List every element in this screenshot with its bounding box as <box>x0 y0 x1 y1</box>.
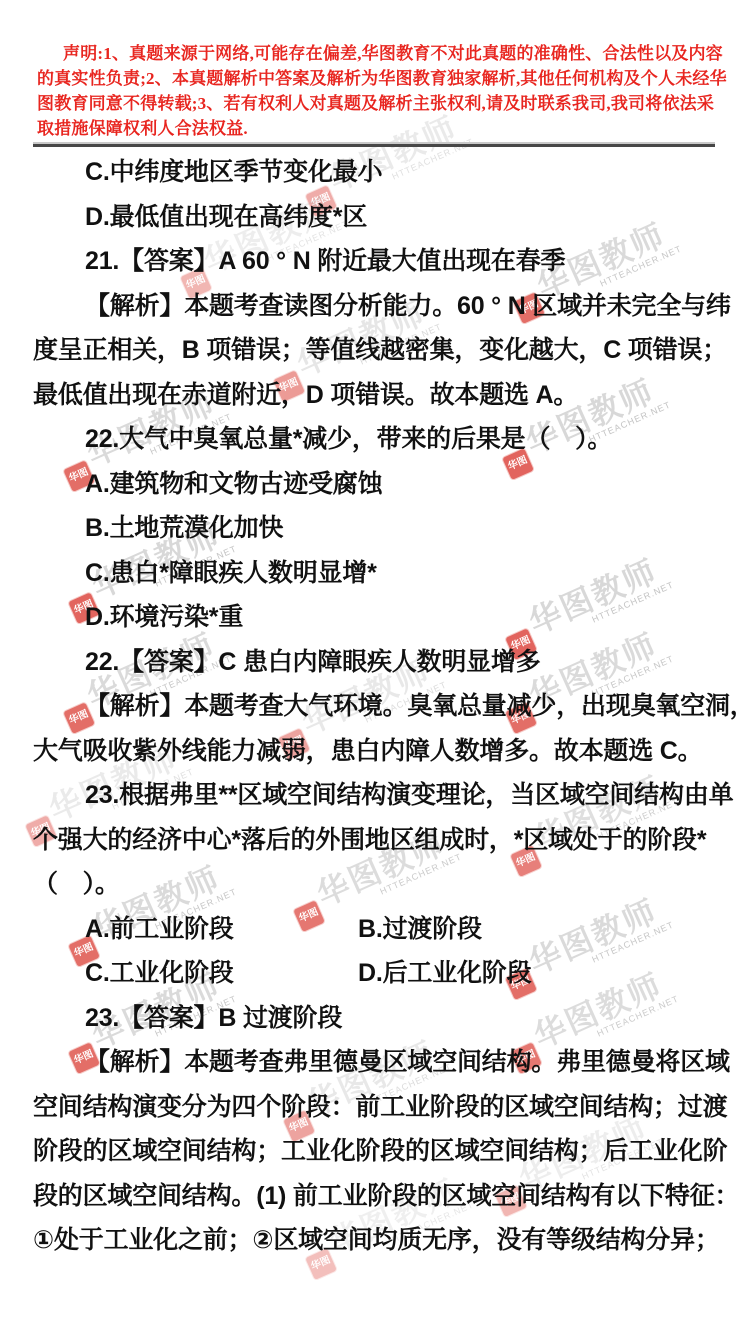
text-line: A.建筑物和文物古迹受腐蚀 <box>33 462 723 507</box>
option-b: B.过渡阶段 <box>358 907 482 952</box>
text-line: 21.【答案】A 60 ° N 附近最大值出现在春季 <box>33 239 723 284</box>
text-line: ①处于工业化之前；②区域空间均质无序，没有等级结构分异； <box>33 1218 723 1263</box>
text-line: 23.【答案】B 过渡阶段 <box>33 996 723 1041</box>
text-line: 大气吸收紫外线能力减弱，患白内障人数增多。故本题选 C。 <box>33 729 723 774</box>
disclaimer-line: 的真实性负责;2、本真题解析中答案及解析为华图教育独家解析,其他任何机构及个人未… <box>37 66 717 91</box>
option-row: C.工业化阶段D.后工业化阶段 <box>33 951 723 996</box>
disclaimer-line: 声明:1、真题来源于网络,可能存在偏差,华图教育不对此真题的准确性、合法性以及内… <box>37 41 717 66</box>
text-line: 阶段的区域空间结构；工业化阶段的区域空间结构；后工业化阶 <box>33 1129 723 1174</box>
option-d: D.后工业化阶段 <box>358 951 531 996</box>
disclaimer: 声明:1、真题来源于网络,可能存在偏差,华图教育不对此真题的准确性、合法性以及内… <box>37 41 717 141</box>
text-line: D.最低值出现在高纬度*区 <box>33 195 723 240</box>
section-divider <box>33 142 715 147</box>
disclaimer-line: 图教育同意不得转载;3、若有权利人对真题及解析主张权利,请及时联系我司,我司将依… <box>37 91 717 116</box>
option-c: C.工业化阶段 <box>85 951 358 996</box>
text-line: （ ）。 <box>33 862 723 907</box>
document-page: 华图华图教师HTTEACHER.NET华图华图教师HTTEACHER.NET华图… <box>0 0 748 1335</box>
text-line: 22.【答案】C 患白内障眼疾人数明显增多 <box>33 640 723 685</box>
text-line: C.患白*障眼疾人数明显增* <box>33 551 723 596</box>
text-line: 段的区域空间结构。(1) 前工业阶段的区域空间结构有以下特征： <box>33 1174 723 1219</box>
text-line: 空间结构演变分为四个阶段：前工业阶段的区域空间结构；过渡 <box>33 1085 723 1130</box>
text-line: C.中纬度地区季节变化最小 <box>33 150 723 195</box>
disclaimer-label: 声明: <box>63 44 103 63</box>
text-line: 【解析】本题考查大气环境。臭氧总量减少，出现臭氧空洞， <box>33 684 723 729</box>
text-line: 22.大气中臭氧总量*减少，带来的后果是（ ）。 <box>33 417 723 462</box>
text-line: 23.根据弗里**区域空间结构演变理论，当区域空间结构由单 <box>33 773 723 818</box>
text-line: 度呈正相关，B 项错误；等值线越密集，变化越大，C 项错误； <box>33 328 723 373</box>
text-line: 最低值出现在赤道附近，D 项错误。故本题选 A。 <box>33 373 723 418</box>
exam-content: C.中纬度地区季节变化最小 D.最低值出现在高纬度*区 21.【答案】A 60 … <box>33 150 723 1263</box>
disclaimer-text: 1、真题来源于网络,可能存在偏差,华图教育不对此真题的准确性、合法性以及内容 <box>103 44 723 63</box>
text-line: 【解析】本题考查读图分析能力。60 ° N 区域并未完全与纬 <box>33 284 723 329</box>
text-line: D.环境污染*重 <box>33 595 723 640</box>
text-line: B.土地荒漠化加快 <box>33 506 723 551</box>
text-line: 个强大的经济中心*落后的外围地区组成时，*区域处于的阶段* <box>33 818 723 863</box>
text-line: 【解析】本题考查弗里德曼区域空间结构。弗里德曼将区域 <box>33 1040 723 1085</box>
option-a: A.前工业阶段 <box>85 907 358 952</box>
option-row: A.前工业阶段B.过渡阶段 <box>33 907 723 952</box>
disclaimer-line: 取措施保障权利人合法权益. <box>37 116 717 141</box>
